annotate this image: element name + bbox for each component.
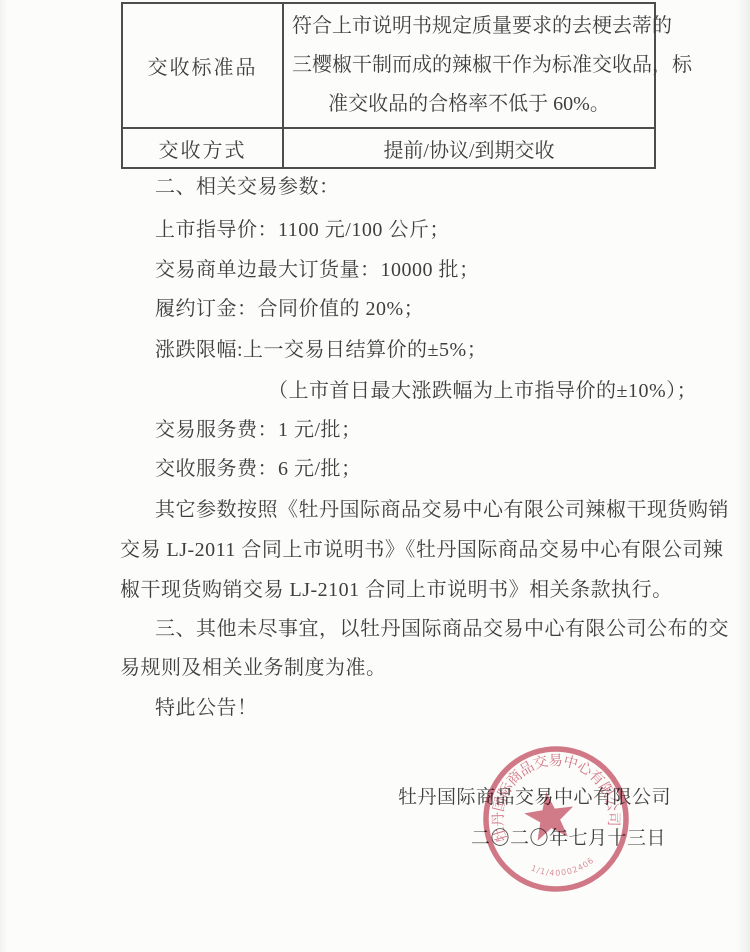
- table-row: 交收方式 提前/协议/到期交收: [122, 128, 655, 168]
- body-line: 其它参数按照《牡丹国际商品交易中心有限公司辣椒干现货购销: [155, 499, 729, 521]
- spec-label-standard-product: 交收标准品: [122, 3, 283, 128]
- section-heading: 二、相关交易参数：: [155, 176, 340, 198]
- seal-company-arc-text: 牡丹国际商品交易中心有限公司: [481, 745, 624, 844]
- svg-text:牡丹国际商品交易中心有限公司: 牡丹国际商品交易中心有限公司: [481, 745, 624, 844]
- body-line: 交易服务费：1 元/批；: [155, 419, 362, 441]
- body-line: 特此公告！: [155, 697, 258, 719]
- body-line: 交收服务费：6 元/批；: [155, 458, 362, 480]
- body-line: 易规则及相关业务制度为准。: [120, 657, 387, 679]
- spec-value-line: 准交收品的合格率不低于 60%。: [292, 85, 646, 124]
- spec-label-delivery-method: 交收方式: [122, 128, 283, 168]
- delivery-spec-table: 交收标准品 符合上市说明书规定质量要求的去梗去蒂的 三樱椒干制而成的辣椒干作为标…: [121, 2, 656, 169]
- section-heading: 三、其他未尽事宜，以牡丹国际商品交易中心有限公司公布的交: [155, 618, 729, 640]
- body-line: 涨跌限幅:上一交易日结算价的±5%；: [155, 339, 487, 361]
- official-seal: 牡丹国际商品交易中心有限公司 1/1/40002406: [481, 745, 631, 895]
- body-line: 交易商单边最大订货量：10000 批；: [155, 259, 480, 281]
- body-line: 上市指导价：1100 元/100 公斤；: [155, 219, 450, 241]
- table-row: 交收标准品 符合上市说明书规定质量要求的去梗去蒂的 三樱椒干制而成的辣椒干作为标…: [122, 3, 655, 128]
- seal-serial-number: 1/1/40002406: [529, 855, 598, 882]
- svg-text:1/1/40002406: 1/1/40002406: [529, 855, 598, 882]
- spec-value-delivery-method: 提前/协议/到期交收: [283, 128, 655, 168]
- spec-value-standard-product: 符合上市说明书规定质量要求的去梗去蒂的 三樱椒干制而成的辣椒干作为标准交收品，标…: [283, 3, 655, 128]
- body-line: （上市首日最大涨跌幅为上市指导价的±10%）；: [268, 380, 697, 402]
- body-line: 椒干现货购销交易 LJ-2101 合同上市说明书》相关条款执行。: [120, 579, 673, 601]
- body-line: 履约订金：合同价值的 20%；: [155, 298, 424, 320]
- spec-value-line: 三樱椒干制而成的辣椒干作为标准交收品，标: [292, 46, 646, 85]
- body-line: 交易 LJ-2011 合同上市说明书》《牡丹国际商品交易中心有限公司辣: [120, 539, 723, 561]
- spec-value-line: 符合上市说明书规定质量要求的去梗去蒂的: [292, 7, 646, 46]
- announcement-document: 交收标准品 符合上市说明书规定质量要求的去梗去蒂的 三樱椒干制而成的辣椒干作为标…: [0, 0, 750, 952]
- star-icon: [522, 789, 577, 842]
